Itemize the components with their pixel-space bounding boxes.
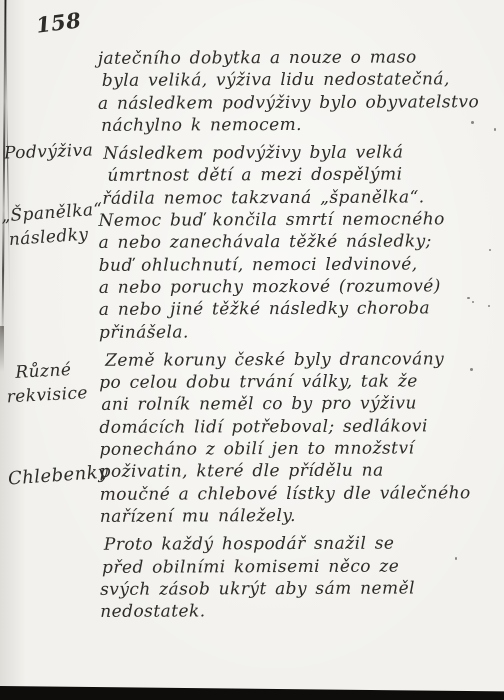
paragraph: Proto každý hospodář snažil se před obil… (100, 532, 480, 623)
margin-note-line: Chlebenky (7, 461, 109, 492)
left-edge-smudge (0, 326, 4, 372)
handwritten-line: jatečního dobytka a nouze o maso (98, 46, 478, 70)
handwritten-line: a nebo jiné těžké následky choroba (99, 297, 479, 321)
handwritten-line: Země koruny české byly drancovány (105, 348, 479, 372)
margin-note-spanelka-nasledky: „Španělka“ následky (0, 198, 105, 253)
handwritten-line: svých zásob ukrýt aby sám neměl (100, 577, 480, 601)
handwritten-line: nařízení mu náležely. (100, 504, 480, 528)
handwritten-line: Následkem podvýživy byla velká (103, 141, 478, 165)
margin-note-ruzne-rekvisice: Různé rekvisice (15, 357, 89, 409)
margin-note-line: rekvisice (6, 381, 88, 409)
handwritten-line: náchylno k nemocem. (101, 113, 478, 137)
ink-speck (455, 557, 457, 560)
handwritten-line: řádila nemoc takzvaná „španělka“. (102, 186, 478, 210)
handwritten-line: Proto každý hospodář snažil se (104, 532, 480, 556)
ink-speck (467, 297, 470, 299)
ink-speck (472, 301, 474, 303)
handwritten-line: byla veliká, výživa lidu nedostatečná, (102, 68, 478, 92)
ink-speck (471, 121, 474, 124)
handwritten-line: nedostatek. (100, 599, 480, 623)
handwritten-line: a nebo poruchy mozkové (rozumové) (99, 275, 479, 299)
ink-speck (494, 128, 496, 131)
margin-note-line: Podvýživa (4, 138, 94, 165)
scanned-manuscript-page: 158 Podvýživa „Španělka“ následky Různé … (0, 0, 504, 700)
paragraph: jatečního dobytka a nouze o maso byla ve… (98, 46, 478, 137)
handwritten-line: poživatin, které dle přídělu na (100, 460, 480, 484)
bottom-scan-band (0, 680, 504, 700)
handwritten-line: úmrtnost dětí a mezi dospělými (107, 164, 478, 188)
handwritten-line: a následkem podvýživy bylo obyvatelstvo (98, 91, 478, 115)
ink-speck (470, 368, 473, 371)
handwritten-line: domácích lidí potřeboval; sedlákovi (99, 415, 479, 439)
paragraph: Země koruny české byly drancovány po cel… (99, 348, 480, 528)
margin-note-line: následky (8, 221, 105, 252)
ink-speck (488, 305, 490, 307)
handwritten-line: moučné a chlebové lístky dle válečného (100, 482, 480, 506)
handwritten-line: buď ohluchnutí, nemoci ledvinové, (99, 253, 479, 277)
page-number: 158 (35, 7, 83, 37)
handwritten-line: před obilními komisemi něco ze (102, 555, 480, 579)
handwritten-line: po celou dobu trvání války, tak že (99, 370, 479, 394)
handwritten-line: ani rolník neměl co by pro výživu (101, 393, 479, 417)
ink-speck (489, 249, 491, 251)
handwritten-line: ponecháno z obilí jen to množství (99, 437, 479, 461)
handwritten-line: Nemoc buď končila smrtí nemocného (98, 208, 478, 232)
handwritten-line: přinášela. (99, 320, 479, 344)
margin-note-chlebenky: Chlebenky (7, 461, 109, 492)
margin-note-podvyziva: Podvýživa (4, 138, 94, 165)
handwriting-body: jatečního dobytka a nouze o maso byla ve… (98, 46, 481, 623)
handwritten-line: a nebo zanechávala těžké následky; (99, 231, 479, 255)
paragraph: Následkem podvýživy byla velká úmrtnost … (98, 141, 479, 343)
